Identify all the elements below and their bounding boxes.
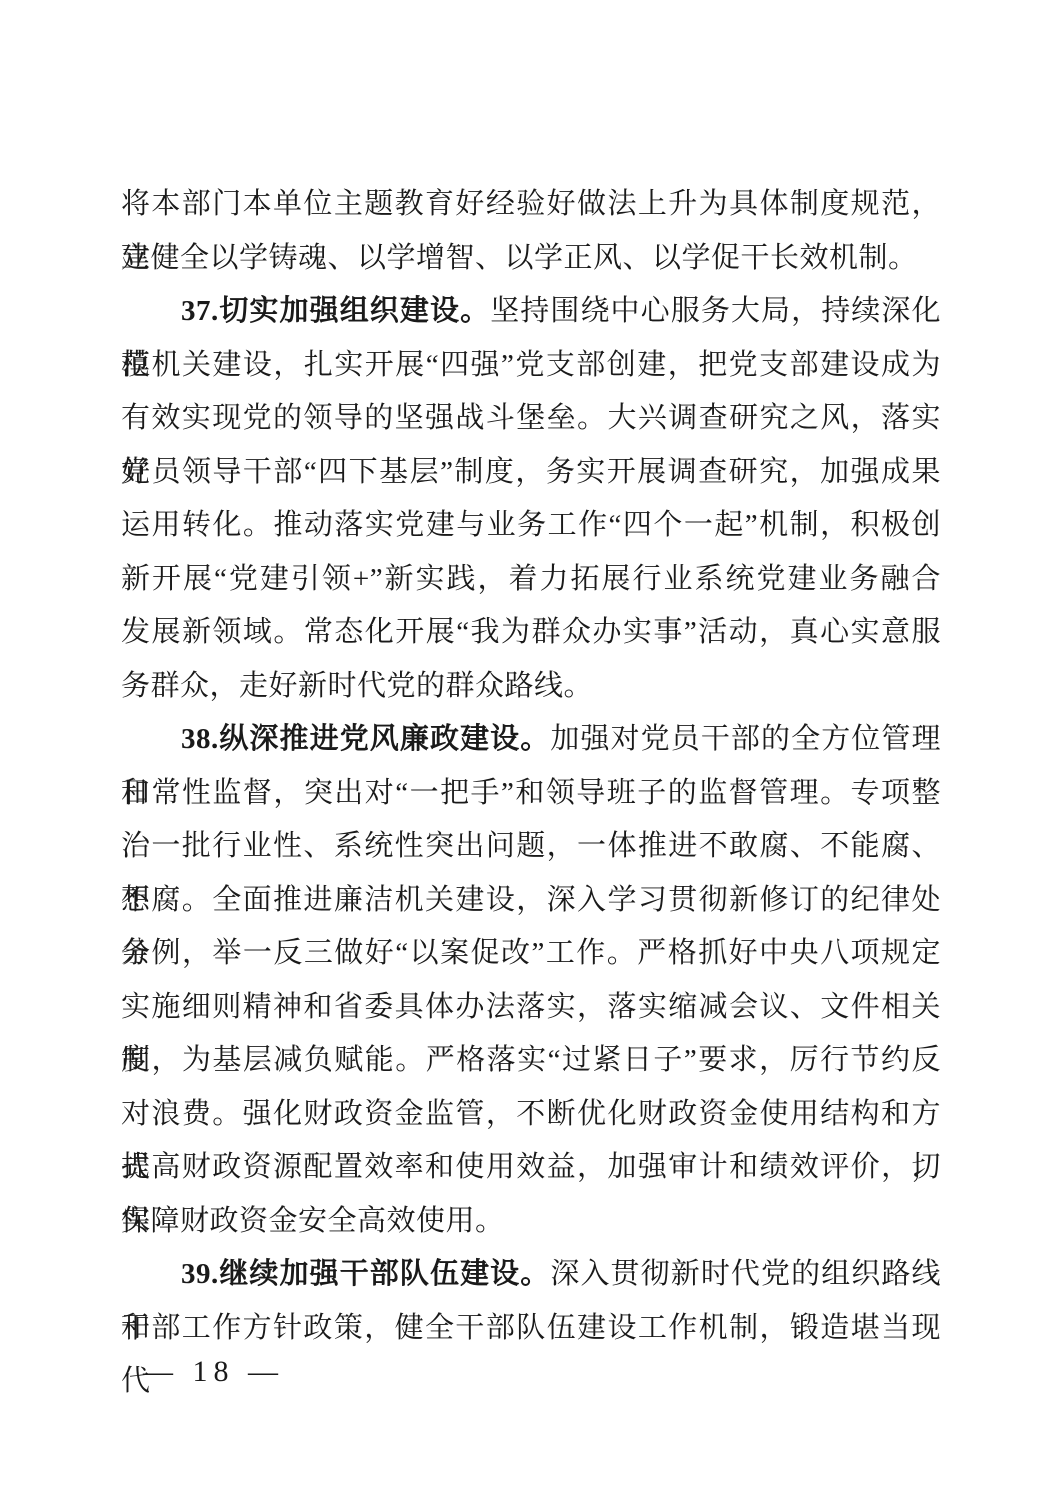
text-line: 立健全以学铸魂、以学增智、以学正风、以学促干长效机制。 (121, 232, 941, 286)
text-line: 39.继续加强干部队伍建设。深入贯彻新时代党的组织路线和 (121, 1248, 941, 1302)
text-line: 干部工作方针政策，健全干部队伍建设工作机制，锻造堪当现代 (121, 1302, 941, 1356)
page-number: — 18 — (143, 1352, 284, 1392)
paragraph-lead: 39.继续加强干部队伍建设。 (181, 1258, 550, 1290)
document-body: 将本部门本单位主题教育好经验好做法上升为具体制度规范，建 立健全以学铸魂、以学增… (121, 178, 941, 1355)
line-text: 党员领导干部“四下基层”制度，务实开展调查研究，加强成果 (121, 456, 941, 488)
line-text: 条例，举一反三做好“以案促改”工作。严格抓好中央八项规定 (121, 937, 941, 969)
line-text: 务群众，走好新时代党的群众路线。 (121, 670, 593, 702)
text-line: 条例，举一反三做好“以案促改”工作。严格抓好中央八项规定 (121, 927, 941, 981)
text-line: 务群众，走好新时代党的群众路线。 (121, 660, 941, 714)
text-line: 对浪费。强化财政资金监管，不断优化财政资金使用结构和方式， (121, 1088, 941, 1142)
document-page: 将本部门本单位主题教育好经验好做法上升为具体制度规范，建 立健全以学铸魂、以学增… (0, 0, 1057, 1500)
text-line: 治一批行业性、系统性突出问题，一体推进不敢腐、不能腐、不 (121, 820, 941, 874)
paragraph-lead: 37.切实加强组织建设。 (181, 295, 490, 327)
text-line: 保障财政资金安全高效使用。 (121, 1195, 941, 1249)
paragraph-lead: 38.纵深推进党风廉政建设。 (181, 723, 550, 755)
text-line: 发展新领域。常态化开展“我为群众办实事”活动，真心实意服 (121, 606, 941, 660)
text-line: 新开展“党建引领+”新实践，着力拓展行业系统党建业务融合 (121, 553, 941, 607)
text-line: 实施细则精神和省委具体办法落实，落实缩减会议、文件相关制 (121, 981, 941, 1035)
text-line: 想腐。全面推进廉洁机关建设，深入学习贯彻新修订的纪律处分 (121, 874, 941, 928)
line-text: 立健全以学铸魂、以学增智、以学正风、以学促干长效机制。 (121, 242, 918, 274)
text-line: 将本部门本单位主题教育好经验好做法上升为具体制度规范，建 (121, 178, 941, 232)
line-text: 日常性监督，突出对“一把手”和领导班子的监督管理。专项整 (121, 777, 941, 809)
text-line: 提高财政资源配置效率和使用效益，加强审计和绩效评价，切实 (121, 1141, 941, 1195)
text-line: 党员领导干部“四下基层”制度，务实开展调查研究，加强成果 (121, 446, 941, 500)
line-text: 发展新领域。常态化开展“我为群众办实事”活动，真心实意服 (121, 616, 941, 648)
line-text: 新开展“党建引领+”新实践，着力拓展行业系统党建业务融合 (121, 563, 941, 595)
text-line: 38.纵深推进党风廉政建设。加强对党员干部的全方位管理和 (121, 713, 941, 767)
line-text: 度，为基层减负赋能。严格落实“过紧日子”要求，厉行节约反 (121, 1044, 941, 1076)
line-text: 运用转化。推动落实党建与业务工作“四个一起”机制，积极创 (121, 509, 941, 541)
text-line: 范机关建设，扎实开展“四强”党支部创建，把党支部建设成为 (121, 339, 941, 393)
text-line: 日常性监督，突出对“一把手”和领导班子的监督管理。专项整 (121, 767, 941, 821)
text-line: 有效实现党的领导的坚强战斗堡垒。大兴调查研究之风，落实好 (121, 392, 941, 446)
text-line: 运用转化。推动落实党建与业务工作“四个一起”机制，积极创 (121, 499, 941, 553)
line-text: 范机关建设，扎实开展“四强”党支部创建，把党支部建设成为 (121, 349, 941, 381)
text-line: 度，为基层减负赋能。严格落实“过紧日子”要求，厉行节约反 (121, 1034, 941, 1088)
text-line: 37.切实加强组织建设。坚持围绕中心服务大局，持续深化模 (121, 285, 941, 339)
line-text: 保障财政资金安全高效使用。 (121, 1205, 505, 1237)
